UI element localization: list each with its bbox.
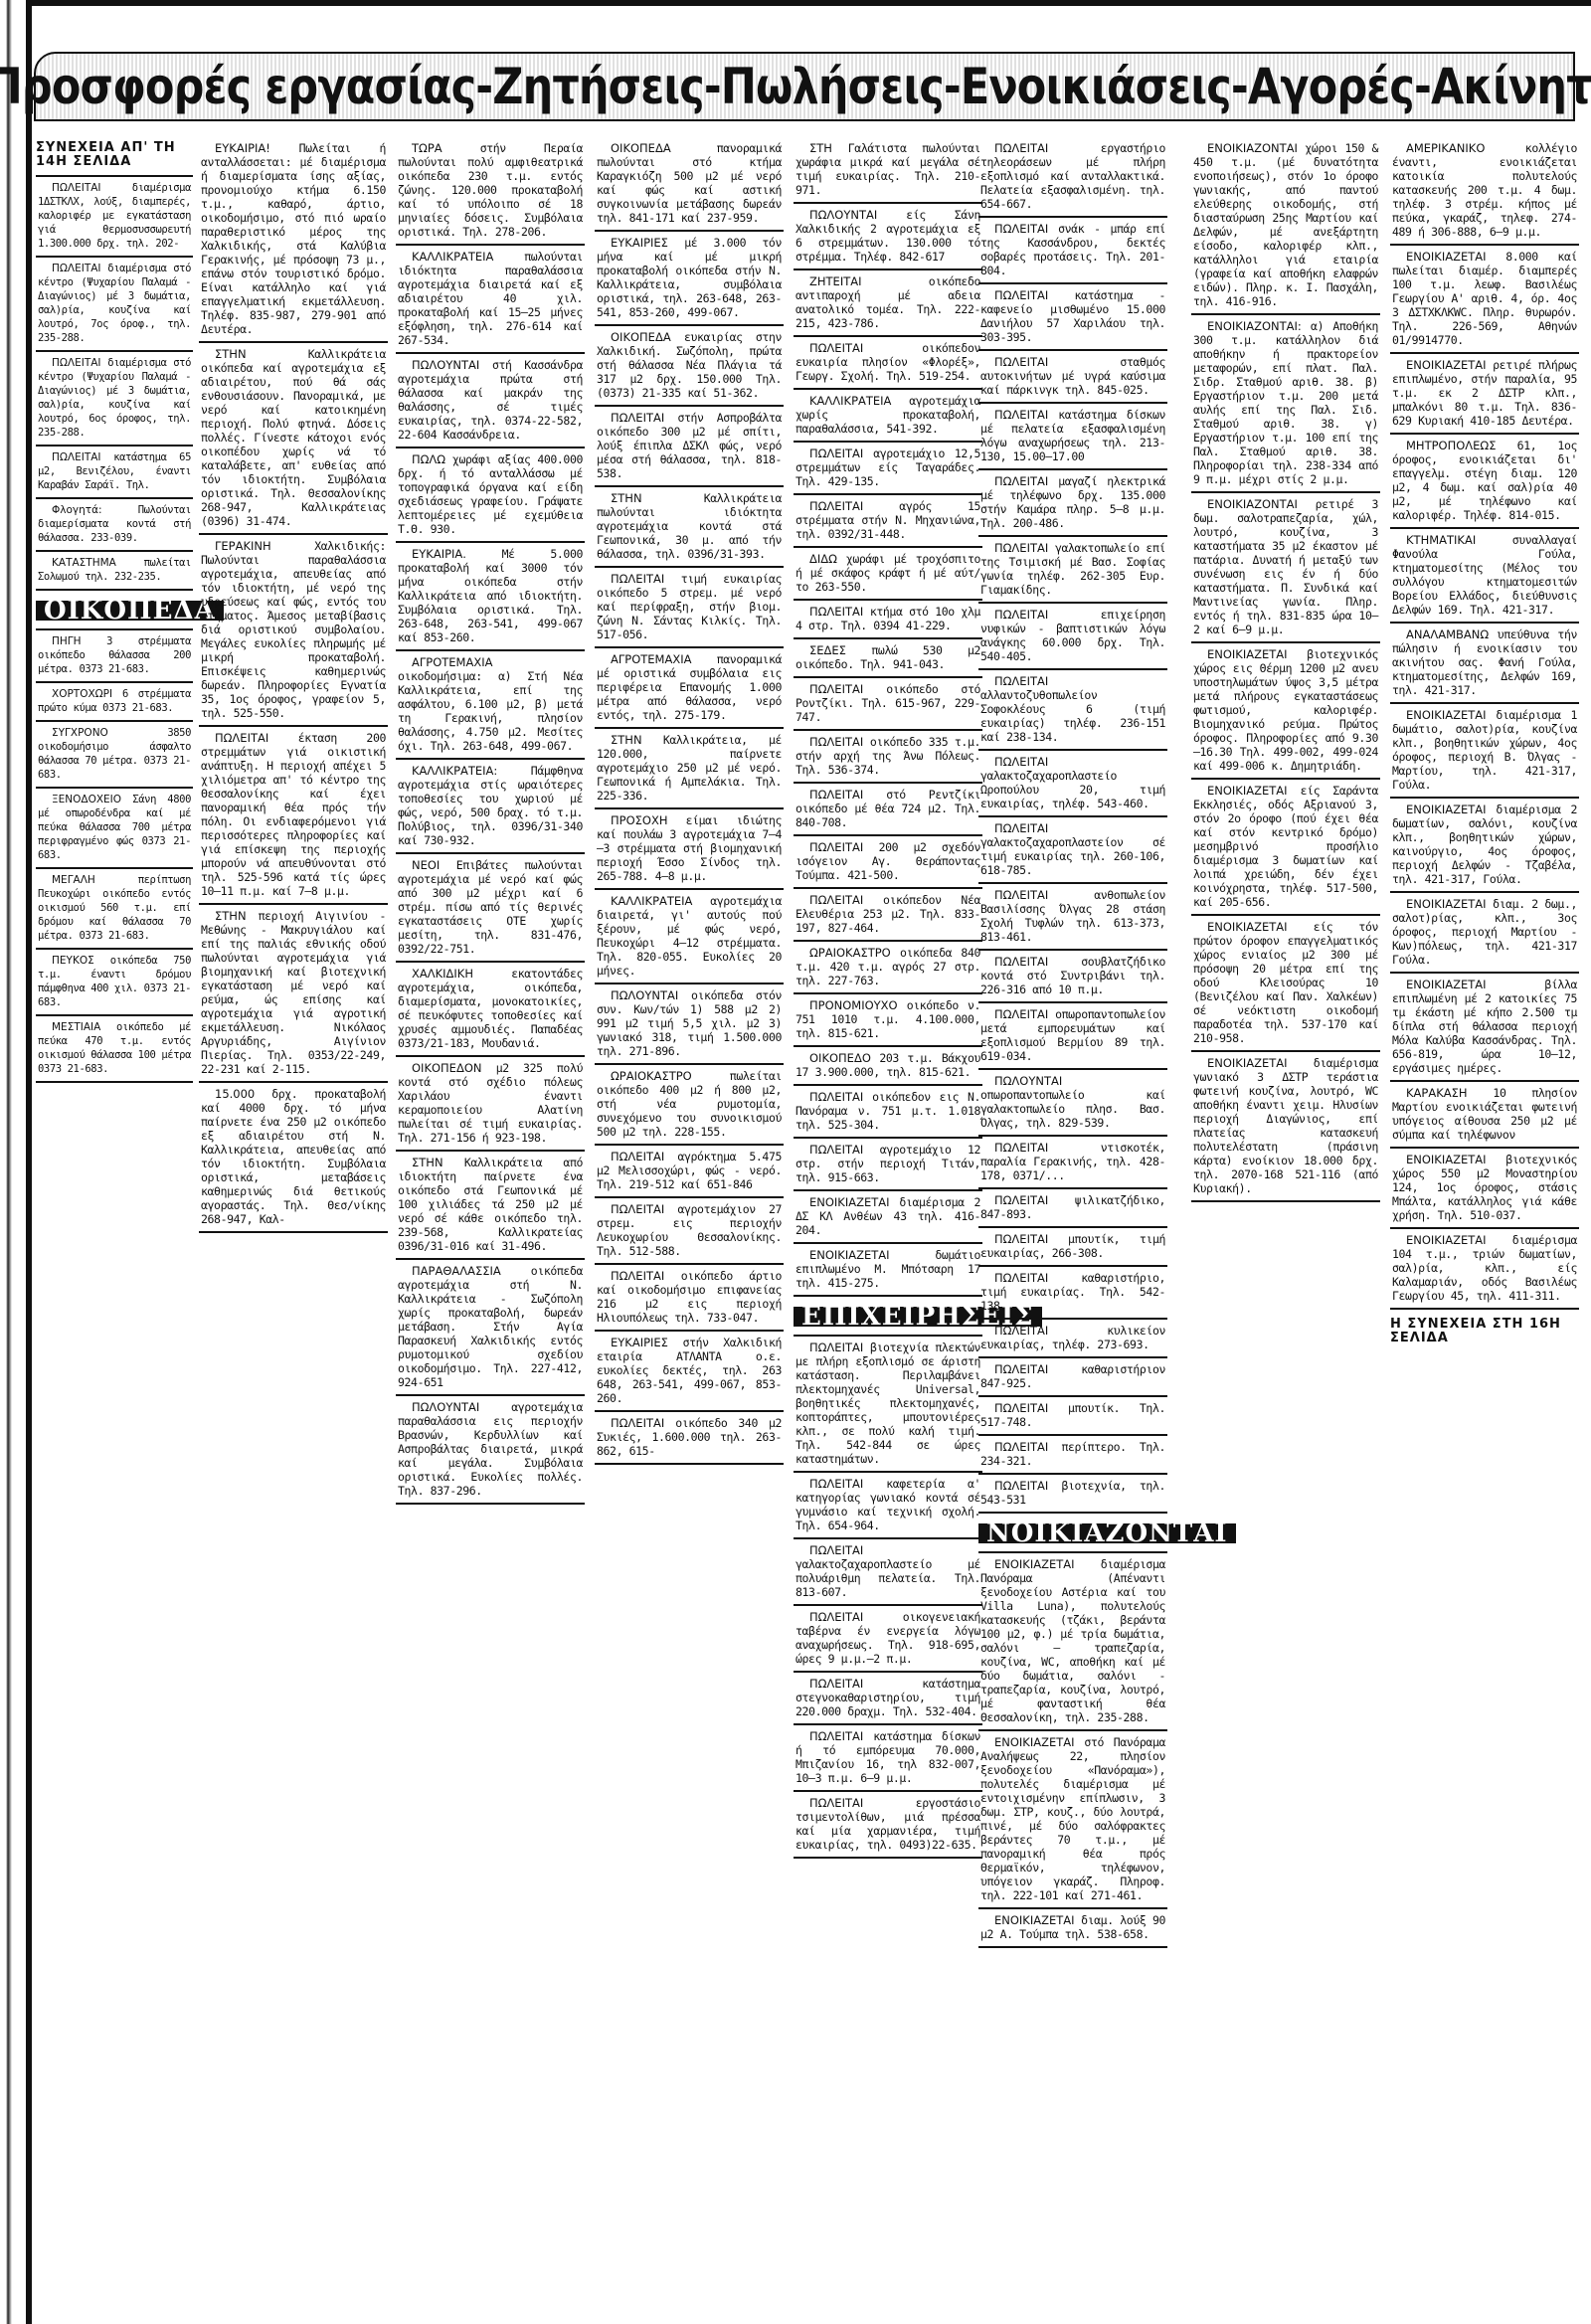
- classified-ad: ΑΓΡΟΤΕΜΑΧΙΑ πανοραμικά μέ οριστικά συμβό…: [595, 648, 784, 729]
- ad-text: Καλλικράτεια από ιδιοκτήτη παίρνετε ένα …: [398, 1156, 583, 1253]
- ad-lead: ΕΝΟΙΚΙΑΖΕΤΑΙ: [1406, 250, 1487, 264]
- ad-lead: ΠΡΟΝΟΜΙΟΥΧΟ: [809, 998, 898, 1012]
- ad-lead: ΧΟΡΤΟΧΩΡΙ: [52, 688, 112, 700]
- ad-lead: ΑΜΕΡΙΚΑΝΙΚΟ: [1406, 141, 1485, 155]
- ad-text: Χαλκιδικής: Πωλούνται παραθαλάσσια αγροτ…: [201, 539, 386, 720]
- ad-lead: ΠΩΛΕΙΤΑΙ: [994, 408, 1048, 422]
- classified-ad: ΟΙΚΟΠΕΔΑ πανοραμικά πωλούνται στό κτήμα …: [595, 137, 784, 232]
- ad-lead: ΝΕΟΙ: [412, 858, 440, 872]
- ad-lead: ΠΡΟΣΟΧΗ: [611, 813, 667, 827]
- ad-lead: ΕΝΟΙΚΙΑΖΕΤΑΙ: [1207, 647, 1288, 661]
- classified-ad: ΠΩΛΟΥΝΤΑΙ αγροτεμάχια παραθαλάσσια εις π…: [396, 1396, 585, 1505]
- ad-lead: ΠΩΛΕΙΤΑΙ: [994, 474, 1048, 488]
- ad-text: περιοχή Αιγινίου - Μεθώνης - Μακρυγιάλου…: [201, 909, 386, 1076]
- ad-lead: ΠΩΛΕΙΤΑΙ: [809, 1341, 863, 1354]
- column-7: ΕΝΟΙΚΙΑΖΟΝΤΑΙ χώροι 150 & 450 τ.μ. (μέ δ…: [1191, 137, 1380, 1202]
- classified-ad: ΠΡΟΣΟΧΗ είμαι ιδιώτης καί πουλάω 3 αγροτ…: [595, 809, 784, 890]
- classified-ad: ΠΗΓΗ 3 στρέμματα οικόπεδο θάλασσα 200 μέ…: [36, 630, 193, 683]
- ad-lead: ΧΑΛΚΙΔΙΚΗ: [412, 967, 473, 981]
- classified-ad: ΠΩΛΕΙΤΑΙ καφετερία α' κατηγορίας γωνιακό…: [794, 1473, 982, 1539]
- ad-lead: ΠΩΛΕΙΤΑΙ: [994, 541, 1048, 555]
- ad-text: είς τόν πρώτον όροφον επαγγελματικός χώρ…: [1193, 920, 1378, 1045]
- ad-lead: ΕΝΟΙΚΙΑΖΟΝΤΑΙ:: [1207, 319, 1302, 333]
- ad-lead: ΩΡΑΙΟΚΑΣΤΡΟ: [809, 946, 891, 960]
- column-2: ΕΥΚΑΙΡΙΑ! Πωλείται ή ανταλλάσσεται: μέ δ…: [199, 137, 388, 1233]
- classified-ad: ΕΝΟΙΚΙΑΖΟΝΤΑΙ χώροι 150 & 450 τ.μ. (μέ δ…: [1191, 137, 1380, 315]
- classified-ad: ΓΕΡΑΚΙΝΗ Χαλκιδικής: Πωλούνται παραθαλάσ…: [199, 535, 388, 727]
- continued-on-footer: Η ΣΥΝΕΧΕΙΑ ΣΤΗ 16Η ΣΕΛΙΔΑ: [1390, 1310, 1579, 1345]
- classified-ad: ΕΝΟΙΚΙΑΖΕΤΑΙ διαμέρισμα 1 δωμάτιο, σαλοτ…: [1390, 704, 1579, 799]
- classified-ad: ΠΩΛΕΙΤΑΙ οικογενειακή ταβέρνα έν ενεργεί…: [794, 1606, 982, 1673]
- classified-ad: ΠΩΛΕΙΤΑΙ οικόπεδον ευκαιρία πλησίον «Φλο…: [794, 337, 982, 390]
- classified-ad: ΩΡΑΙΟΚΑΣΤΡΟ οικόπεδα 840 τ.μ. 420 τ.μ. α…: [794, 942, 982, 994]
- classified-ad: ΣΥΓΧΡΟΝΟ 3850 οικοδομήσιμο άσφαλτο θάλασ…: [36, 722, 193, 789]
- section-heading-wrap: ΝΟΙΚΙΑΖΟΝΤΑΙ: [978, 1514, 1167, 1553]
- ad-lead: ΠΩΛΕΙΤΑΙ: [611, 1202, 664, 1216]
- continued-from-header: ΣΥΝΕΧΕΙΑ ΑΠ' ΤΗ 14Η ΣΕΛΙΔΑ: [36, 137, 193, 177]
- ad-lead: ΠΩΛΕΙΤΑΙ: [611, 572, 664, 586]
- classified-ad: ΠΩΛΕΙΤΑΙ αγροτεμάχιο 12 στρ. στήν περιοχ…: [794, 1139, 982, 1191]
- classified-ad: ΠΩΛΕΙΤΑΙ περίπτερο. Τηλ. 234-321.: [978, 1436, 1167, 1475]
- ad-lead: ΠΩΛΕΙΤΑΙ: [809, 840, 863, 854]
- classified-ad: ΜΕΣΤΙΑΙΑ οικόπεδο μέ πεύκα 470 τ.μ. εντό…: [36, 1016, 193, 1083]
- ad-lead: ΠΩΛΟΥΝΤΑΙ: [994, 1074, 1062, 1088]
- ad-lead: ΠΩΛΕΙΤΑΙ: [52, 357, 101, 369]
- ad-lead: ΠΩΛΟΥΝΤΑΙ: [412, 1400, 479, 1414]
- classified-ad: ΠΩΛΕΙΤΑΙ γαλακτοπωλείο επί της Τσιμισκή …: [978, 537, 1167, 604]
- classified-ad: ΠΩΛΕΙΤΑΙ βιοτεχνία πλεκτών με πλήρη εξοπ…: [794, 1337, 982, 1473]
- ad-lead: ΠΩΛΕΙΤΑΙ: [52, 451, 101, 463]
- classified-ad: ΠΩΛΕΙΤΑΙ διαμέρισμα στό κέντρο (Ψυχαρίου…: [36, 258, 193, 352]
- ad-lead: ΣΤΗΝ: [611, 491, 642, 505]
- classified-ad: ΧΟΡΤΟΧΩΡΙ 6 στρέμματα πρώτο κύμα 0373 21…: [36, 683, 193, 722]
- ad-text: Μέ 5.000 προκαταβολή καί 3000 τόν μήνα ο…: [398, 547, 583, 644]
- classified-ad: ΠΩΛΕΙΤΑΙ μπουτίκ, τιμή ευκαιρίας, 266-30…: [978, 1228, 1167, 1267]
- classified-ad: ΔΙΔΩ χωράφι μέ τροχόσπιτο ή μέ σκάφος κρ…: [794, 548, 982, 601]
- ad-lead: ΔΙΔΩ: [809, 552, 837, 566]
- classified-ad: ΠΩΛΕΙΤΑΙ βιοτεχνία, τηλ. 543-531: [978, 1475, 1167, 1514]
- classified-ad: ΚΑΛΛΙΚΡΑΤΕΙΑ αγροτεμάχια χωρίς προκαταβο…: [794, 390, 982, 443]
- ad-text: διαμέρισμα γωνιακό 3 ΔΣΤΡ τεράστια φωτει…: [1193, 1056, 1378, 1195]
- ad-text: γαλακτοζαχαροπλαστείο Ωροπούλου 20, τιμή…: [980, 769, 1165, 810]
- ad-lead: ΕΝΟΙΚΙΑΖΟΝΤΑΙ: [1207, 141, 1298, 155]
- ad-lead: ΠΩΛΕΙΤΑΙ: [994, 1271, 1048, 1285]
- ad-lead: ΠΩΛΕΙΤΑΙ: [52, 263, 101, 274]
- ad-lead: ΣΤΗΝ: [412, 1156, 443, 1169]
- classified-ad: ΠΩΛΟΥΝΤΑΙ είς Σάνη Χαλκιδικής 2 αγροτεμά…: [794, 204, 982, 270]
- classified-ad: ΠΩΛΕΙΤΑΙ καθαριστήριο, τιμή ευκαιρίας. Τ…: [978, 1267, 1167, 1320]
- ad-lead: ΕΝΟΙΚΙΑΖΕΤΑΙ: [1406, 708, 1487, 722]
- column-6: ΠΩΛΕΙΤΑΙ εργαστήριο τηλεοράσεων μέ πλήρη…: [978, 137, 1167, 1948]
- ad-lead: ΠΩΛΕΙΤΑΙ: [52, 182, 101, 194]
- ad-text: αγροτεμάχια παραθαλάσσια εις περιοχήν Βρ…: [398, 1400, 583, 1498]
- ad-lead: ΠΩΛΟΥΝΤΑΙ: [412, 358, 479, 372]
- classified-ad: ΠΩΛΕΙΤΑΙ έκταση 200 στρεμμάτων γιά οικισ…: [199, 727, 388, 905]
- classified-ad: ΠΩΛΕΙΤΑΙ σνάκ - μπάρ επί της Κασσάνδρου,…: [978, 218, 1167, 284]
- ad-lead: ΠΩΛΕΙΤΑΙ: [994, 674, 1048, 688]
- classified-ad: ΜΕΓΑΛΗ περίπτωση Πευκοχώρι οικόπεδο εντό…: [36, 869, 193, 950]
- ad-lead: ΣΤΗΝ: [215, 909, 247, 923]
- ad-lead: ΕΝΟΙΚΙΑΖΕΤΑΙ: [994, 1557, 1075, 1571]
- classified-ad: ΑΜΕΡΙΚΑΝΙΚΟ κολλέγιο έναντι, ενοικιάζετα…: [1390, 137, 1579, 246]
- classified-ad: ΠΩΛΕΙΤΑΙ τιμή ευκαιρίας οικόπεδο 5 στρεμ…: [595, 568, 784, 648]
- classified-ad: ΚΤΗΜΑΤΙΚΑΙ συναλλαγαί Φανούλα Γούλα, κτη…: [1390, 529, 1579, 624]
- ad-lead: ΠΩΛΕΙΤΑΙ: [994, 288, 1048, 302]
- classified-ad: ΠΩΛΕΙΤΑΙ γαλακτοζαχαροπλαστείο μέ πολυάρ…: [794, 1539, 982, 1606]
- ad-lead: ΕΝΟΙΚΙΑΖΕΤΑΙ: [994, 1913, 1075, 1927]
- ad-lead: ΕΝΟΙΚΙΑΖΕΤΑΙ: [809, 1195, 890, 1209]
- classified-ad: ΚΑΛΛΙΚΡΑΤΕΙΑ αγροτεμάχια διαιρετά, γι' α…: [595, 890, 784, 984]
- classified-ad: ΧΑΛΚΙΔΙΚΗ εκατοντάδες αγροτεμάχια, οικόπ…: [396, 963, 585, 1057]
- ad-text: βίλλα επιπλωμένη μέ 2 κατοικίες 75 τμ έκ…: [1392, 978, 1577, 1075]
- ad-text: οικόπεδα αγροτεμάχια στή Ν. Καλλικράτεια…: [398, 1264, 583, 1389]
- ad-lead: ΟΙΚΟΠΕΔΟ: [809, 1051, 871, 1065]
- column-1: ΣΥΝΕΧΕΙΑ ΑΠ' ΤΗ 14Η ΣΕΛΙΔΑΠΩΛΕΙΤΑΙ διαμέ…: [36, 137, 193, 1083]
- classified-ad: ΠΩΛΕΙΤΑΙ ντισκοτέκ, παραλία Γερακινής, τ…: [978, 1137, 1167, 1189]
- ad-lead: ΕΥΚΑΙΡΙΑ!: [215, 141, 270, 155]
- classified-ad: ΠΩΛΕΙΤΑΙ οικόπεδο στό Ροντζίκι. Τηλ. 615…: [794, 678, 982, 731]
- classified-ad: ΕΝΟΙΚΙΑΖΕΤΑΙ διαμέρισμα Πανόραμα (Απέναν…: [978, 1553, 1167, 1731]
- ad-lead: ΠΩΛΕΙΤΑΙ: [809, 1796, 863, 1810]
- ad-lead: ΚΑΛΛΙΚΡΑΤΕΙΑ: [809, 394, 891, 408]
- ad-lead: ΚΑΛΛΙΚΡΑΤΕΙΑ: [611, 894, 692, 908]
- classified-ad: ΠΩΛΕΙΤΑΙ στό Ρεντζίκι οικόπεδο μέ θέα 72…: [794, 784, 982, 836]
- ad-lead: ΠΩΛΕΙΤΑΙ: [809, 682, 863, 696]
- ad-lead: ΕΝΟΙΚΙΑΖΟΝΤΑΙ: [1207, 497, 1298, 511]
- column-4: ΟΙΚΟΠΕΔΑ πανοραμικά πωλούνται στό κτήμα …: [595, 137, 784, 1465]
- ad-lead: ΣΤΗΝ: [215, 347, 247, 361]
- classified-ad: ΠΩΛΕΙΤΑΙ στήν Ασπροβάλτα οικόπεδο 300 μ2…: [595, 407, 784, 487]
- ad-lead: ΠΩΛΕΙΤΑΙ: [994, 1479, 1048, 1493]
- ad-text: οπωροπαντοπωλείο καί γαλακτοπωλείο πλησ.…: [980, 1088, 1165, 1130]
- classified-ad: ΕΝΟΙΚΙΑΖΕΤΑΙ βιοτεχνικός χώρος 550 μ2 Μο…: [1390, 1149, 1579, 1229]
- classified-ad: ΠΩΛΕΙΤΑΙ αγροτεμάχιο 12,5 στρεμμάτων είς…: [794, 443, 982, 495]
- classified-ad: ΠΑΡΑΘΑΛΑΣΣΙΑ οικόπεδα αγροτεμάχια στή Ν.…: [396, 1260, 585, 1396]
- classified-ad: ΠΩΛΕΙΤΑΙ αγρός 15 στρέμματα στήν Ν. Μηχα…: [794, 495, 982, 548]
- classified-ad: ΠΩΛΕΙΤΑΙ κατάστημα στεγνοκαθαριστηρίου, …: [794, 1673, 982, 1725]
- classified-ad: ΕΥΚΑΙΡΙΕΣ μέ 3.000 τόν μήνα καί μέ μικρή…: [595, 232, 784, 326]
- classified-ad: ΠΩΛΟΥΝΤΑΙ στή Κασσάνδρα αγροτεμάχια πρώτ…: [396, 354, 585, 448]
- classified-ad: ΕΝΟΙΚΙΑΖΕΤΑΙ στό Πανόραμα Αναλήψεως 22, …: [978, 1731, 1167, 1909]
- ad-lead: ΩΡΑΙΟΚΑΣΤΡΟ: [611, 1069, 692, 1083]
- ad-lead: ΠΩΛΕΙΤΑΙ: [215, 731, 268, 745]
- ad-lead: ΠΩΛΕΙΤΑΙ: [994, 755, 1048, 769]
- ad-text: α) Αποθήκη 300 τ.μ. κατάλληλον διά αποθή…: [1193, 319, 1378, 486]
- ad-lead: ΠΩΛΕΙΤΑΙ: [809, 893, 863, 907]
- ad-lead: ΑΓΡΟΤΕΜΑΧΙΑ: [412, 655, 492, 669]
- classified-ad: ΠΩΛΕΙΤΑΙ οικόπεδον εις Ν. Πανόραμα ν. 75…: [794, 1086, 982, 1139]
- ad-lead: ΠΩΛΕΙΤΑΙ: [809, 788, 863, 802]
- classified-ad: ΚΑΤΑΣΤΗΜΑ πωλείται Σολωμού τηλ. 232-235.: [36, 552, 193, 591]
- classified-ad: ΕΝΟΙΚΙΑΖΕΤΑΙ δωμάτιο επιπλωμένο Μ. Μπότσ…: [794, 1244, 982, 1297]
- ad-lead: ΚΑΤΑΣΤΗΜΑ: [52, 557, 116, 569]
- classified-ad: ΠΩΛΕΙΤΑΙ οικόπεδο άρτιο καί οικοδομήσιμο…: [595, 1265, 784, 1332]
- ad-lead: ΕΝΟΙΚΙΑΖΕΤΑΙ: [1207, 920, 1288, 934]
- classified-ad: ΠΡΟΝΟΜΙΟΥΧΟ οικόπεδο ν. 751 1010 τ.μ. 4.…: [794, 994, 982, 1047]
- ad-lead: ΣΤΗΝ: [611, 733, 642, 747]
- ad-lead: ΠΗΓΗ: [52, 635, 82, 647]
- classified-ad: ΠΕΥΚΟΣ οικόπεδα 750 τ.μ. έναντι δρόμου π…: [36, 950, 193, 1016]
- classified-ad: ΠΩΛΩ χωράφι αξίας 400.000 δρχ. ή τό αντα…: [396, 448, 585, 543]
- ad-lead: ΠΩΛΕΙΤΑΙ: [994, 141, 1048, 155]
- classified-ad: ΚΑΛΛΙΚΡΑΤΕΙΑ πωλούνται ιδιόκτητα παραθαλ…: [396, 246, 585, 354]
- classified-ad: ΕΝΟΙΚΙΑΖΕΤΑΙ είς τόν πρώτον όροφον επαγγ…: [1191, 916, 1380, 1052]
- classified-ad: ΠΩΛΕΙΤΑΙ διαμέρισμα 1ΔΣΤΚΛΧ, λούξ, διαμπ…: [36, 177, 193, 258]
- ad-lead: ΠΩΛΟΥΝΤΑΙ: [611, 988, 678, 1002]
- classified-ad: ΝΕΟΙ Επιβάτες πωλούνται αγροτεμάχια μέ ν…: [396, 854, 585, 963]
- classified-ad: ΣΤΗΝ Καλλικράτεια από ιδιοκτήτη παίρνετε…: [396, 1152, 585, 1260]
- ad-lead: ΣΕΔΕΣ: [809, 643, 846, 657]
- classified-ad: ΚΑΛΛΙΚΡΑΤΕΙΑ: Πάμφθηνα αγροτεμάχια στίς …: [396, 760, 585, 854]
- classified-ad: ΠΩΛΕΙΤΑΙ κατάστημα - καφενείο μισθωμένο …: [978, 284, 1167, 351]
- section-heading: ΝΟΙΚΙΑΖΟΝΤΑΙ: [978, 1523, 1236, 1543]
- classified-ad: ΟΙΚΟΠΕΔΟΝ μ2 325 πολύ κοντά στό σχέδιο π…: [396, 1057, 585, 1152]
- classified-ad: ΕΝΟΙΚΙΑΖΕΤΑΙ βιοτεχνικός χώρος εις Θέρμη…: [1191, 643, 1380, 780]
- page-spine: [26, 0, 32, 2324]
- classified-ad: ΠΩΛΕΙΤΑΙ κατάστημα δίσκων μέ πελατεία εξ…: [978, 404, 1167, 470]
- classified-ad: ΕΝΟΙΚΙΑΖΕΤΑΙ διαμ. λούξ 90 μ2 Α. Τούμπα …: [978, 1909, 1167, 1948]
- classified-ad: ΠΩΛΕΙΤΑΙ κυλικείον ευκαιρίας, τηλέφ. 273…: [978, 1320, 1167, 1358]
- ad-text: γαλακτοζαχαροπλαστείον σέ τιμή ευκαιρίας…: [980, 835, 1165, 877]
- ad-lead: ΠΩΛΕΙΤΑΙ: [994, 1440, 1048, 1454]
- classified-ad: ΠΩΛΕΙΤΑΙ μπουτίκ. Τηλ. 517-748.: [978, 1397, 1167, 1436]
- ad-lead: ΚΑΛΛΙΚΡΑΤΕΙΑ: [412, 250, 493, 264]
- ad-lead: ΠΩΛΕΙΤΑΙ: [809, 341, 863, 355]
- ad-lead: ΞΕΝΟΔΟΧΕΙΟ: [52, 794, 121, 805]
- ad-lead: ΠΩΛΩ: [412, 452, 445, 466]
- section-heading-wrap: ΟΙΚΟΠΕΔΑ: [36, 591, 193, 630]
- ad-lead: ΠΩΛΕΙΤΑΙ: [809, 1543, 863, 1557]
- ad-lead: ΠΩΛΕΙΤΑΙ: [994, 355, 1048, 369]
- classified-ad: ΞΕΝΟΔΟΧΕΙΟ Σάνη 4800 μέ οπωροδένδρα καί …: [36, 789, 193, 869]
- classifieds-banner: Προσφορές εργασίας-Ζητήσεις-Πωλήσεις-Ενο…: [34, 52, 1575, 121]
- classified-ad: ΠΩΛΕΙΤΑΙ επιχείρηση νυφικών - βαπτιστικώ…: [978, 604, 1167, 670]
- classified-ad: ΠΩΛΕΙΤΑΙ αλλαντοζυθοπωλείον Σοφοκλέους 6…: [978, 670, 1167, 751]
- classified-ad: ΣΤΗΝ περιοχή Αιγινίου - Μεθώνης - Μακρυγ…: [199, 905, 388, 1083]
- ad-lead: ΕΝΟΙΚΙΑΖΕΤΑΙ: [1406, 897, 1487, 911]
- ad-text: βιοτεχνία πλεκτών με πλήρη εξοπλισμό σε …: [795, 1341, 980, 1466]
- classified-ad: ΠΩΛΕΙΤΑΙ 200 μ2 σχεδόν ισόγειον Αγ. Θερά…: [794, 836, 982, 889]
- classified-ad: ΕΥΚΑΙΡΙΑ! Πωλείται ή ανταλλάσσεται: μέ δ…: [199, 137, 388, 343]
- classified-ad: ΕΝΟΙΚΙΑΖΕΤΑΙ διαμέρισμα 2 δωματίων, σαλό…: [1390, 799, 1579, 893]
- classified-ad: ΜΗΤΡΟΠΟΛΕΩΣ 61, 1ος όροφος, ενοικιάζεται…: [1390, 435, 1579, 529]
- classified-ad: ΚΑΡΑΚΑΣΗ 10 πλησίον Μαρτίου ενοικιάζεται…: [1390, 1082, 1579, 1149]
- ad-text: ρετιρέ 3 δωμ. σαλοτραπεζαρία, χώλ, λουτρ…: [1193, 497, 1378, 636]
- classified-ad: ΖΗΤΕΙΤΑΙ οικόπεδο αντιπαροχή μέ αδεια αν…: [794, 270, 982, 337]
- ad-text: διαμέρισμα στό κέντρο (Ψυχαρίου Παλαμά -…: [38, 357, 191, 439]
- ad-lead: Φλογητά:: [52, 504, 102, 516]
- ad-text: έκταση 200 στρεμμάτων γιά οικιστική ανάπ…: [201, 731, 386, 898]
- ad-lead: ΕΝΟΙΚΙΑΖΕΤΑΙ: [1207, 784, 1288, 798]
- ad-text: αλλαντοζυθοπωλείον Σοφοκλέους 6 (τιμή ευ…: [980, 688, 1165, 744]
- ad-lead: ΜΕΓΑΛΗ: [52, 874, 95, 886]
- classified-ad: ΕΝΟΙΚΙΑΖΟΝΤΑΙ: α) Αποθήκη 300 τ.μ. κατάλ…: [1191, 315, 1380, 493]
- classified-ad: ΠΩΛΕΙΤΑΙ αγρόκτημα 5.475 μ2 Μελισσοχώρι,…: [595, 1146, 784, 1198]
- ad-lead: ΠΑΡΑΘΑΛΑΣΣΙΑ: [412, 1264, 501, 1278]
- ad-lead: ΠΩΛΕΙΤΑΙ: [994, 955, 1048, 969]
- ad-text: διαμέρισμα Πανόραμα (Απέναντι ξενοδοχείο…: [980, 1557, 1165, 1724]
- ad-lead: ΖΗΤΕΙΤΑΙ: [809, 274, 862, 288]
- classified-ad: ΣΤΗΝ Καλλικράτεια πωλούνται ιδιόκτητα αγ…: [595, 487, 784, 568]
- ad-lead: ΠΩΛΕΙΤΑΙ: [994, 1232, 1048, 1246]
- ad-lead: ΠΩΛΕΙΤΑΙ: [809, 605, 863, 619]
- ad-lead: ΠΩΛΕΙΤΑΙ: [994, 1401, 1048, 1415]
- ad-lead: ΕΝΟΙΚΙΑΖΕΤΑΙ: [1406, 803, 1487, 816]
- ad-lead: ΕΝΟΙΚΙΑΖΕΤΑΙ: [1406, 358, 1487, 372]
- ad-lead: 15.000: [215, 1087, 255, 1101]
- classified-ad: ΠΩΛΕΙΤΑΙ οικόπεδο 335 τ.μ. στήν αρχή της…: [794, 731, 982, 784]
- ad-lead: ΠΩΛΕΙΤΑΙ: [809, 1610, 863, 1624]
- ad-lead: ΠΩΛΕΙΤΑΙ: [611, 411, 664, 425]
- column-5: ΣΤΗ Γαλάτιστα πωλούνται χωράφια μικρά κα…: [794, 137, 982, 1859]
- classified-ad: ΠΩΛΕΙΤΑΙ εργοστάσιο τσιμεντολίθων, μιά π…: [794, 1792, 982, 1859]
- section-heading-wrap: ΕΠΙΧΕΙΡΗΣΕΙΣ: [794, 1297, 982, 1337]
- ad-text: Πωλείται ή ανταλλάσσεται: μέ διαμέρισμα …: [201, 141, 386, 336]
- ad-lead: ΠΩΛΕΙΤΑΙ: [611, 1269, 664, 1283]
- classified-ad: ΣΤΗ Γαλάτιστα πωλούνται χωράφια μικρά κα…: [794, 137, 982, 204]
- ad-lead: ΠΩΛΕΙΤΑΙ: [809, 1090, 863, 1104]
- ad-text: διαμέρισμα στό κέντρο (Ψυχαρίου Παλαμά -…: [38, 263, 191, 344]
- ad-lead: ΟΙΚΟΠΕΔΟΝ: [412, 1061, 481, 1075]
- classified-ad: ΕΝΟΙΚΙΑΖΕΤΑΙ διαμέρισμα 104 τ.μ., τριών …: [1390, 1229, 1579, 1310]
- ad-lead: ΕΝΟΙΚΙΑΖΕΤΑΙ: [809, 1248, 890, 1262]
- classified-ad: ΠΩΛΕΙΤΑΙ σουβλατζήδικο κοντά στό Συντριβ…: [978, 951, 1167, 1003]
- page-top-rule: [0, 0, 1591, 6]
- ad-lead: ΟΙΚΟΠΕΔΑ: [611, 330, 671, 344]
- ad-lead: ΣΤΗ: [809, 141, 832, 155]
- ad-text: Επιβάτες πωλούνται αγροτεμάχια μέ νερό κ…: [398, 858, 583, 956]
- ad-lead: ΕΝΟΙΚΙΑΖΕΤΑΙ: [1406, 978, 1487, 991]
- ad-lead: ΠΩΛΟΥΝΤΑΙ: [809, 208, 877, 222]
- ad-lead: ΚΑΛΛΙΚΡΑΤΕΙΑ:: [412, 764, 497, 778]
- classified-ad: ΑΝΑΛΑΜΒΑΝΩ υπεύθυνα τήν πώλησιν ή ενοικί…: [1390, 624, 1579, 704]
- ad-lead: ΓΕΡΑΚΙΝΗ: [215, 539, 271, 553]
- classified-ad: Φλογητά: Πωλούνται διαμερίσματα κοντά στ…: [36, 499, 193, 552]
- ad-lead: ΤΩΡΑ: [412, 141, 442, 155]
- classified-ad: ΕΝΟΙΚΙΑΖΕΤΑΙ 8.000 καί πωλείται διαμέρ. …: [1390, 246, 1579, 354]
- classified-ad: ΣΤΗΝ Καλλικράτεια οικόπεδα καί αγροτεμάχ…: [199, 343, 388, 535]
- classified-ad: ΠΩΛΕΙΤΑΙ κατάστημα δίσκων ή τό εμπόρευμα…: [794, 1725, 982, 1792]
- ad-lead: ΕΝΟΙΚΙΑΖΕΤΑΙ: [994, 1735, 1075, 1749]
- ad-lead: ΠΩΛΕΙΤΑΙ: [809, 735, 863, 749]
- ad-lead: ΠΩΛΕΙΤΑΙ: [994, 1362, 1048, 1376]
- classified-ad: ΣΤΗΝ Καλλικράτεια, μέ 120.000, παίρνετε …: [595, 729, 784, 809]
- ad-text: οικοδομήσιμα: α) Στή Νέα Καλλικράτεια, ε…: [398, 669, 583, 753]
- ad-lead: ΠΩΛΕΙΤΑΙ: [809, 1143, 863, 1157]
- ad-lead: ΠΩΛΕΙΤΑΙ: [809, 1677, 863, 1691]
- classified-ad: ΕΝΟΙΚΙΑΖΕΤΑΙ είς Σαράντα Εκκλησιές, οδός…: [1191, 780, 1380, 916]
- ad-lead: ΕΝΟΙΚΙΑΖΕΤΑΙ: [1207, 1056, 1288, 1070]
- ad-lead: ΑΓΡΟΤΕΜΑΧΙΑ: [611, 652, 691, 666]
- ad-lead: ΕΥΚΑΙΡΙΕΣ: [611, 236, 668, 250]
- ad-lead: ΠΩΛΕΙΤΑΙ: [809, 1729, 863, 1743]
- classified-ad: ΠΩΛΕΙΤΑΙ μαγαζί ηλεκτρικά μέ τηλέφωνο δρ…: [978, 470, 1167, 537]
- ad-lead: ΕΝΟΙΚΙΑΖΕΤΑΙ: [1406, 1233, 1487, 1247]
- ad-lead: ΜΗΤΡΟΠΟΛΕΩΣ: [1406, 439, 1496, 452]
- ad-lead: ΠΩΛΕΙΤΑΙ: [994, 222, 1048, 236]
- classified-ad: ΠΩΛΟΥΝΤΑΙ οπωροπαντοπωλείο καί γαλακτοπω…: [978, 1070, 1167, 1137]
- classified-ad: ΣΕΔΕΣ πωλώ 530 μ2 οικόπεδο. Τηλ. 941-043…: [794, 639, 982, 678]
- classified-ad: ΠΩΛΕΙΤΑΙ αγροτεμάχιον 27 στρεμ. εις περι…: [595, 1198, 784, 1265]
- ad-lead: ΜΕΣΤΙΑΙΑ: [52, 1021, 100, 1033]
- ad-lead: ΠΩΛΕΙΤΑΙ: [611, 1416, 664, 1430]
- ad-lead: ΠΩΛΕΙΤΑΙ: [809, 1477, 863, 1491]
- ad-lead: ΟΙΚΟΠΕΔΑ: [611, 141, 671, 155]
- column-8: ΑΜΕΡΙΚΑΝΙΚΟ κολλέγιο έναντι, ενοικιάζετα…: [1390, 137, 1579, 1345]
- ad-lead: ΕΥΚΑΙΡΙΑ.: [412, 547, 466, 561]
- classified-ad: ΕΥΚΑΙΡΙΑ. Μέ 5.000 προκαταβολή καί 3000 …: [396, 543, 585, 651]
- ad-lead: ΠΕΥΚΟΣ: [52, 955, 94, 967]
- classified-ad: ΤΩΡΑ στήν Περαία πωλούνται πολύ αμφιθεατ…: [396, 137, 585, 246]
- classified-ad: ΠΩΛΕΙΤΑΙ οικόπεδο 340 μ2 Συκιές, 1.600.0…: [595, 1412, 784, 1465]
- classified-ad: ΠΩΛΕΙΤΑΙ διαμέρισμα στό κέντρο (Ψυχαρίου…: [36, 352, 193, 447]
- ad-lead: ΕΝΟΙΚΙΑΖΕΤΑΙ: [1406, 1153, 1487, 1166]
- classified-ad: ΠΩΛΕΙΤΑΙ κατάστημα 65 μ2, Βενιζέλου, ένα…: [36, 447, 193, 499]
- classified-ad: ΠΩΛΕΙΤΑΙ εργαστήριο τηλεοράσεων μέ πλήρη…: [978, 137, 1167, 218]
- ad-lead: ΠΩΛΕΙΤΑΙ: [994, 1324, 1048, 1338]
- classified-ad: 15.000 δρχ. προκαταβολή καί 4000 δρχ. τό…: [199, 1083, 388, 1233]
- ad-lead: ΠΩΛΕΙΤΑΙ: [994, 1193, 1048, 1207]
- ad-text: δρχ. προκαταβολή καί 4000 δρχ. τό μήνα π…: [201, 1087, 386, 1226]
- ad-text: είς Σαράντα Εκκλησιές, οδός Αξριανού 3, …: [1193, 784, 1378, 909]
- classified-ad: ΕΝΟΙΚΙΑΖΕΤΑΙ διαμ. 2 δωμ., σαλοτ)ρίας, κ…: [1390, 893, 1579, 974]
- classified-ad: ΕΝΟΙΚΙΑΖΟΝΤΑΙ ρετιρέ 3 δωμ. σαλοτραπεζαρ…: [1191, 493, 1380, 643]
- classified-ad: ΕΝΟΙΚΙΑΖΕΤΑΙ διαμέρισμα γωνιακό 3 ΔΣΤΡ τ…: [1191, 1052, 1380, 1202]
- ad-lead: ΕΥΚΑΙΡΙΕΣ: [611, 1336, 668, 1349]
- ad-text: στό Πανόραμα Αναλήψεως 22, πλησίον ξενοδ…: [980, 1735, 1165, 1902]
- classified-ad: ΠΩΛΕΙΤΑΙ οικόπεδον Νέα Ελευθέρια 253 μ2.…: [794, 889, 982, 942]
- ad-lead: ΣΥΓΧΡΟΝΟ: [52, 727, 108, 739]
- ad-lead: ΠΩΛΕΙΤΑΙ: [809, 499, 863, 513]
- column-3: ΤΩΡΑ στήν Περαία πωλούνται πολύ αμφιθεατ…: [396, 137, 585, 1505]
- section-heading: ΟΙΚΟΠΕΔΑ: [36, 601, 224, 621]
- ad-text: γαλακτοζαχαροπλαστείο μέ πολυάριθμη πελα…: [795, 1557, 980, 1599]
- classified-ad: ΟΙΚΟΠΕΔΑ ευκαιρίας στην Χαλκιδική. Σωζόπ…: [595, 326, 784, 407]
- ad-text: στήν Περαία πωλούνται πολύ αμφιθεατρικά …: [398, 141, 583, 239]
- classified-ad: ΠΩΛΕΙΤΑΙ σταθμός αυτοκινήτων μέ υγρά καύ…: [978, 351, 1167, 404]
- classified-ad: ΩΡΑΙΟΚΑΣΤΡΟ πωλείται οικόπεδο 400 μ2 ή 8…: [595, 1065, 784, 1146]
- ad-text: 8.000 καί πωλείται διαμέρ. διαμπερές 100…: [1392, 250, 1577, 347]
- classified-ad: ΟΙΚΟΠΕΔΟ 203 τ.μ. Βάκχου 17 3.900.000, τ…: [794, 1047, 982, 1086]
- ad-text: χώροι 150 & 450 τ.μ. (μέ δυνατότητα ενοπ…: [1193, 141, 1378, 308]
- ad-lead: ΚΤΗΜΑΤΙΚΑΙ: [1406, 533, 1476, 547]
- ad-lead: ΠΩΛΕΙΤΑΙ: [994, 821, 1048, 835]
- classified-ad: ΠΩΛΕΙΤΑΙ καθαριστήριον 847-925.: [978, 1358, 1167, 1397]
- ad-lead: ΠΩΛΕΙΤΑΙ: [611, 1150, 664, 1163]
- ad-lead: ΠΩΛΕΙΤΑΙ: [994, 888, 1048, 902]
- ad-lead: ΠΩΛΕΙΤΑΙ: [994, 1007, 1048, 1021]
- ad-text: Καλλικράτεια οικόπεδα καί αγροτεμάχια εξ…: [201, 347, 386, 528]
- classified-ad: ΕΥΚΑΙΡΙΕΣ στήν Χαλκιδική εταιρία ΑΤΛΑΝΤΑ…: [595, 1332, 784, 1412]
- classified-ad: ΕΝΟΙΚΙΑΖΕΤΑΙ βίλλα επιπλωμένη μέ 2 κατοι…: [1390, 974, 1579, 1082]
- ad-text: βιοτεχνικός χώρος εις Θέρμη 1200 μ2 ανευ…: [1193, 647, 1378, 773]
- classified-ad: ΠΩΛΕΙΤΑΙ ανθοπωλείον Βασιλίσσης Όλγας 28…: [978, 884, 1167, 951]
- classified-ad: ΠΩΛΕΙΤΑΙ οπωροπαντοπωλείον μετά εμπορευμ…: [978, 1003, 1167, 1070]
- classified-ad: ΠΩΛΟΥΝΤΑΙ οικόπεδα στόν συν. Κων/τών 1) …: [595, 984, 784, 1065]
- ad-lead: ΠΩΛΕΙΤΑΙ: [994, 608, 1048, 622]
- classified-ad: ΕΝΟΙΚΙΑΖΕΤΑΙ ρετιρέ πλήρως επιπλωμένο, σ…: [1390, 354, 1579, 435]
- classified-ad: ΠΩΛΕΙΤΑΙ γαλακτοζαχαροπλαστείο Ωροπούλου…: [978, 751, 1167, 817]
- classified-ad: ΠΩΛΕΙΤΑΙ κτήμα στό 10ο χλμ 4 στρ. Τηλ. 0…: [794, 601, 982, 639]
- classified-ad: ΠΩΛΕΙΤΑΙ ψιλικατζήδικο, 847-893.: [978, 1189, 1167, 1228]
- ad-lead: ΑΝΑΛΑΜΒΑΝΩ: [1406, 627, 1489, 641]
- banner-title: Προσφορές εργασίας-Ζητήσεις-Πωλήσεις-Ενο…: [0, 58, 1591, 115]
- ad-text: πωλούνται ιδιόκτητα παραθαλάσσια αγροτεμ…: [398, 250, 583, 347]
- classified-ad: ΕΝΟΙΚΙΑΖΕΤΑΙ διαμέρισμα 2 ΔΣ ΚΛ Ανθέων 4…: [794, 1191, 982, 1244]
- ad-lead: ΠΩΛΕΙΤΑΙ: [994, 1141, 1048, 1155]
- ad-lead: ΚΑΡΑΚΑΣΗ: [1406, 1086, 1468, 1100]
- ad-lead: ΠΩΛΕΙΤΑΙ: [809, 447, 863, 460]
